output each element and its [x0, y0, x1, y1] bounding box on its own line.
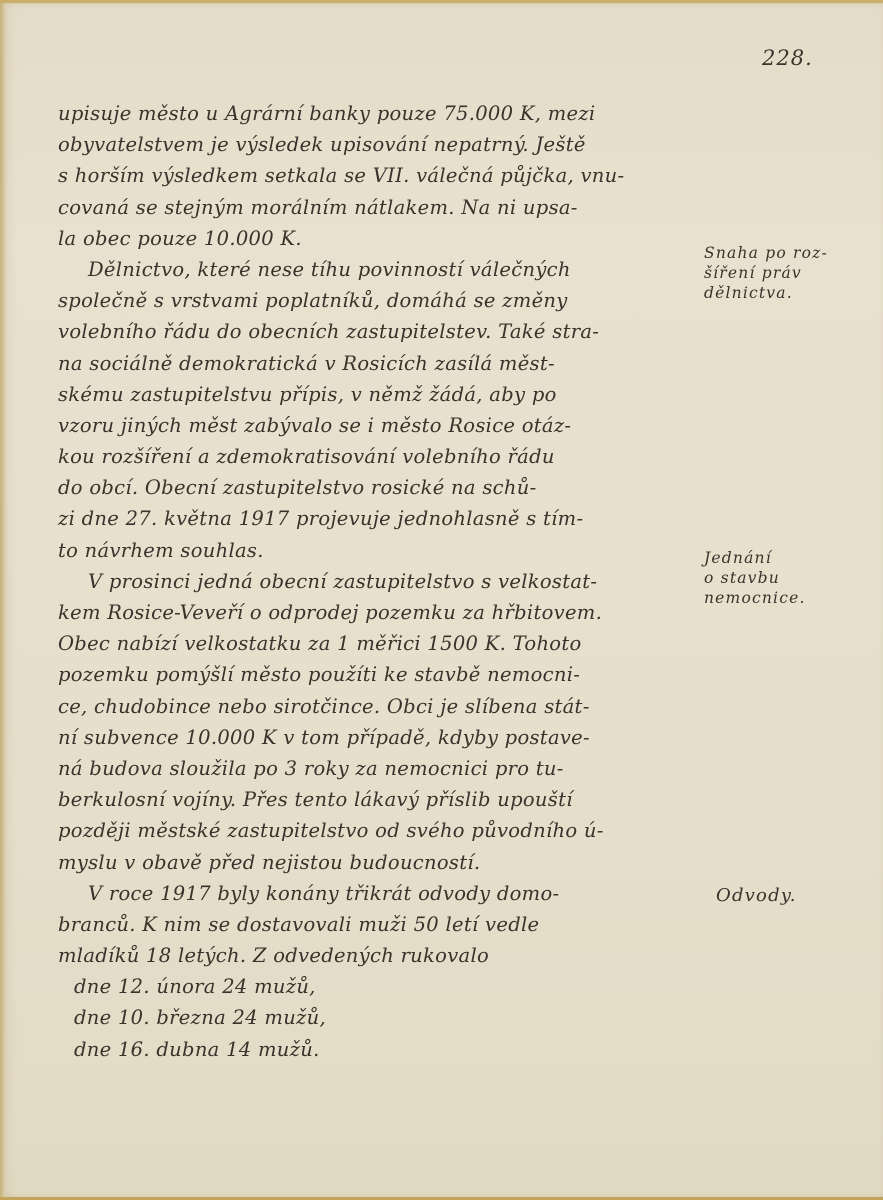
margin-note-voting-rights: Snaha po roz- šíření práv dělnictva. [704, 243, 874, 303]
list-item: dne 16. dubna 14 mužů. [58, 1034, 698, 1065]
text-line: skému zastupitelstvu přípis, v němž žádá… [58, 379, 698, 410]
margin-note-line: šíření práv [704, 263, 874, 283]
margin-note-line: Odvody. [716, 886, 883, 906]
margin-note-conscription: Odvody. [716, 886, 883, 906]
page-number: 228. [762, 46, 813, 70]
margin-note-line: Jednání [704, 548, 874, 568]
text-line: kou rozšíření a zdemokratisování volební… [58, 441, 698, 472]
list-item: dne 10. března 24 mužů, [58, 1002, 698, 1033]
text-line: do obcí. Obecní zastupitelstvo rosické n… [58, 472, 698, 503]
margin-note-line: nemocnice. [704, 588, 874, 608]
text-line: ce, chudobince nebo sirotčince. Obci je … [58, 691, 698, 722]
text-line: volebního řádu do obecních zastupitelste… [58, 316, 698, 347]
margin-note-hospital: Jednání o stavbu nemocnice. [704, 548, 874, 608]
text-line: kem Rosice-Veveří o odprodej pozemku za … [58, 597, 698, 628]
main-text-column: upisuje město u Agrární banky pouze 75.0… [58, 98, 698, 1065]
text-line: zi dne 27. května 1917 projevuje jednohl… [58, 503, 698, 534]
page-edge-left [0, 0, 6, 1200]
text-line: ná budova sloužila po 3 roky za nemocnic… [58, 753, 698, 784]
text-line: Obec nabízí velkostatku za 1 měřici 1500… [58, 628, 698, 659]
text-line: pozemku pomýšlí město použíti ke stavbě … [58, 659, 698, 690]
text-line: V prosinci jedná obecní zastupitelstvo s… [58, 566, 698, 597]
text-line: na sociálně demokratická v Rosicích zasí… [58, 348, 698, 379]
text-line: Dělnictvo, které nese tíhu povinností vá… [58, 254, 698, 285]
margin-note-line: Snaha po roz- [704, 243, 874, 263]
text-line: branců. K nim se dostavovali muži 50 let… [58, 909, 698, 940]
text-line: upisuje město u Agrární banky pouze 75.0… [58, 98, 698, 129]
text-line: la obec pouze 10.000 K. [58, 223, 698, 254]
text-line: mladíků 18 letých. Z odvedených rukovalo [58, 940, 698, 971]
text-line: později městské zastupitelstvo od svého … [58, 815, 698, 846]
text-line: s horším výsledkem setkala se VII. váleč… [58, 160, 698, 191]
text-line: ní subvence 10.000 K v tom případě, kdyb… [58, 722, 698, 753]
text-line: vzoru jiných měst zabývalo se i město Ro… [58, 410, 698, 441]
text-line: covaná se stejným morálním nátlakem. Na … [58, 192, 698, 223]
text-line: obyvatelstvem je výsledek upisování nepa… [58, 129, 698, 160]
text-line: V roce 1917 byly konány třikrát odvody d… [58, 878, 698, 909]
list-item: dne 12. února 24 mužů, [58, 971, 698, 1002]
margin-note-line: o stavbu [704, 568, 874, 588]
text-line: to návrhem souhlas. [58, 535, 698, 566]
text-line: společně s vrstvami poplatníků, domáhá s… [58, 285, 698, 316]
margin-note-line: dělnictva. [704, 283, 874, 303]
page-edge-top [0, 0, 883, 3]
text-line: myslu v obavě před nejistou budoucností. [58, 847, 698, 878]
text-line: berkulosní vojíny. Přes tento lákavý pří… [58, 784, 698, 815]
manuscript-page: 228. upisuje město u Agrární banky pouze… [0, 0, 883, 1200]
